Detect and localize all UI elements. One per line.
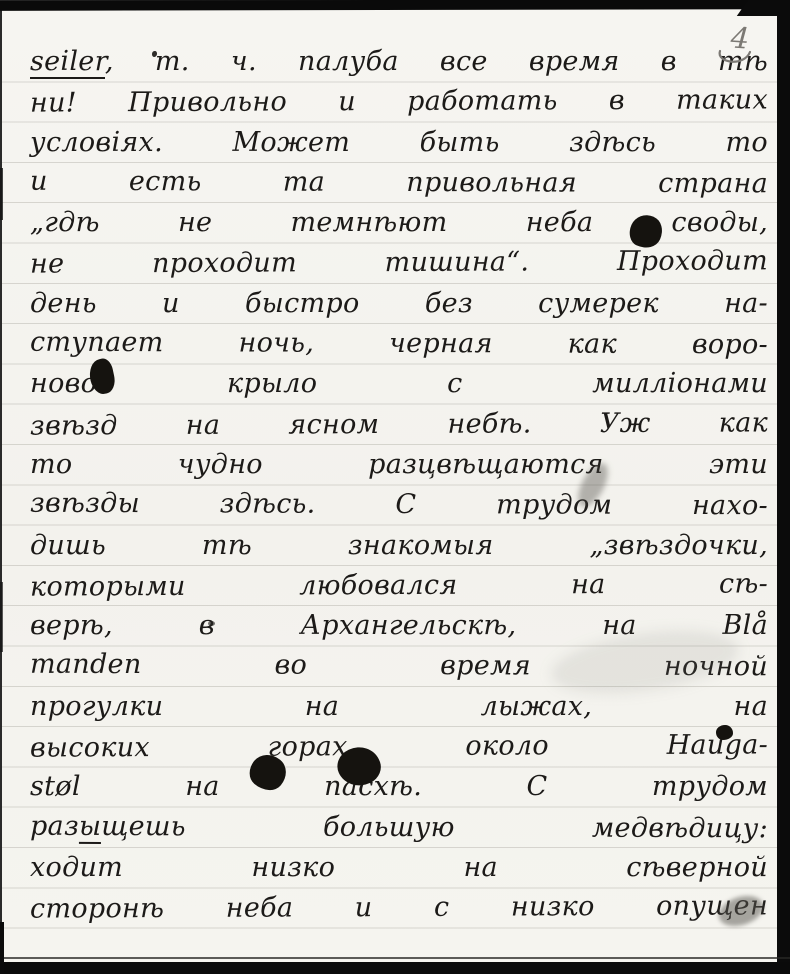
underlined-word: ы (79, 811, 101, 844)
text-segment: , т. ч. палуба все время в тѣ (105, 46, 768, 77)
ink-speck (208, 621, 215, 626)
manuscript-line: прогулки на лыжах, на (30, 687, 768, 727)
scan-border-right (777, 0, 790, 974)
text-segment: то чудно разцвѣщаются эти (30, 449, 768, 480)
text-segment: дишь тѣ знакомыя „звѣздочки, (30, 530, 768, 561)
text-segment: условіях. Может быть здѣсь то (30, 127, 768, 158)
manuscript-line: ходит низко на сѣверной (30, 848, 768, 888)
text-segment: щешь большую медвѣдицу: (101, 811, 768, 844)
manuscript-line: не проходит тишина“. Проходит (30, 242, 768, 286)
text-segment: ходит низко на сѣверной (30, 852, 768, 883)
text-segment: день и быстро без сумерек на- (30, 288, 768, 319)
manuscript-line: день и быстро без сумерек на- (30, 284, 768, 324)
manuscript-text: seiler, т. ч. палуба все время в тѣни! П… (30, 42, 768, 929)
manuscript-line: которыми любовался на сѣ- (30, 564, 768, 608)
text-segment: støl на пасхѣ. С трудом (30, 771, 768, 802)
text-segment: сторонѣ неба и с низко опущен (30, 891, 768, 925)
underlined-word: seiler (30, 46, 105, 79)
manuscript-line: разыщешь большую медвѣдицу: (30, 806, 768, 849)
ink-blot (716, 725, 733, 740)
text-segment: ступает ночь, черная как воро- (30, 327, 768, 361)
manuscript-page: seiler, т. ч. палуба все время в тѣни! П… (2, 9, 778, 962)
text-segment: звѣзд на ясном небѣ. Уж как (30, 407, 768, 441)
manuscript-line: то чудно разцвѣщаются эти (30, 445, 768, 485)
manuscript-line: условіях. Может быть здѣсь то (30, 123, 768, 163)
scan-edge-left (0, 582, 3, 652)
text-segment: прогулки на лыжах, на (30, 691, 768, 722)
manuscript-line: звѣзд на ясном небѣ. Уж как (30, 403, 768, 447)
scan-edge-left (0, 922, 4, 974)
scan-edge-hairline (0, 957, 790, 959)
scan-edge-left (0, 168, 3, 220)
scan-border-bottom (0, 962, 790, 974)
manuscript-line: звѣзды здѣсь. С трудом нахо- (30, 484, 768, 527)
text-segment: и есть та привольная страна (30, 166, 768, 200)
manuscript-line: дишь тѣ знакомыя „звѣздочки, (30, 526, 768, 566)
manuscript-line: støl на пасхѣ. С трудом (30, 767, 768, 807)
manuscript-line: ново крыло с милліонами (30, 364, 768, 404)
manuscript-line: и есть та привольная страна (30, 162, 768, 205)
manuscript-line: ступает ночь, черная как воро- (30, 323, 768, 366)
text-segment: звѣзды здѣсь. С трудом нахо- (30, 488, 768, 522)
manuscript-line: сторонѣ неба и с низко опущен (30, 887, 768, 931)
scan-border-top (0, 0, 790, 11)
text-segment: высоких горах около Hauga- (30, 729, 768, 763)
text-segment: ново крыло с милліонами (30, 368, 768, 399)
pencil-underline-mark (714, 49, 754, 67)
text-segment: не проходит тишина“. Проходит (30, 246, 768, 280)
text-segment: раз (30, 810, 79, 841)
text-segment: ни! Привольно и работать в таких (30, 85, 768, 119)
manuscript-line: seiler, т. ч. палуба все время в тѣ (30, 42, 768, 82)
manuscript-line: высоких горах около Hauga- (30, 725, 768, 769)
manuscript-line: ни! Привольно и работать в таких (30, 81, 768, 125)
text-segment: которыми любовался на сѣ- (30, 568, 768, 602)
